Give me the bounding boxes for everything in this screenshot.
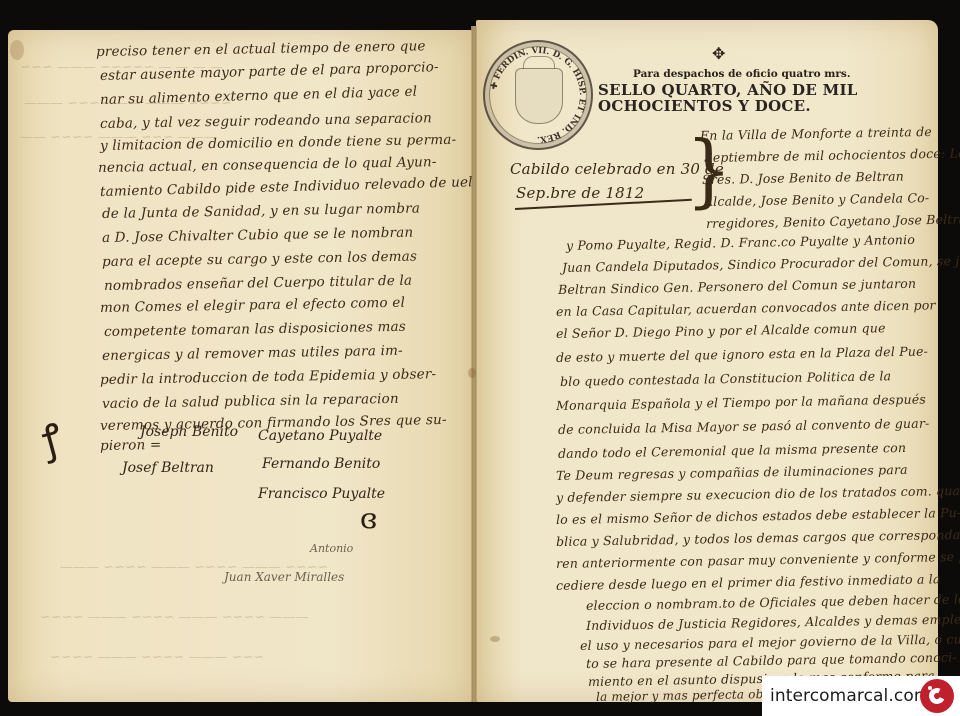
page-fold [471, 26, 477, 702]
rubric-flourish: ɞ [360, 502, 377, 535]
paper-stain [468, 368, 476, 378]
royal-seal-stamp: ✚ FERDIN. VII. D. G. HISP. ET IND. REX. [483, 40, 593, 150]
paper-stain [490, 636, 500, 642]
signature: Joseph Benito [140, 424, 238, 440]
watermark-text: intercomarcal.com [770, 686, 930, 706]
stamp-subtitle: Para despachos de oficio quatro mrs. [633, 68, 850, 80]
signature: Cayetano Puyalte [258, 428, 382, 444]
signature: Antonio [310, 542, 353, 555]
signature: Juan Xaver Miralles [224, 570, 344, 584]
signature: Francisco Puyalte [258, 486, 385, 502]
paper-stain [10, 40, 24, 60]
signature: Josef Beltran [122, 460, 214, 476]
stamp-title: SELLO QUARTO, AÑO DE MIL OCHOCIENTOS Y D… [598, 82, 858, 114]
site-watermark: intercomarcal.com [762, 676, 960, 716]
cross-ornament-icon: ✥ [712, 44, 725, 63]
ic-logo-icon [920, 679, 954, 713]
coat-of-arms-icon [515, 68, 563, 124]
stamp-title-line-2: OCHOCIENTOS Y DOCE. [598, 98, 858, 114]
margin-note-line: Sep.bre de 1812 [516, 184, 644, 202]
signature: Fernando Benito [262, 456, 380, 472]
stamp-title-line-1: SELLO QUARTO, AÑO DE MIL [598, 82, 858, 98]
